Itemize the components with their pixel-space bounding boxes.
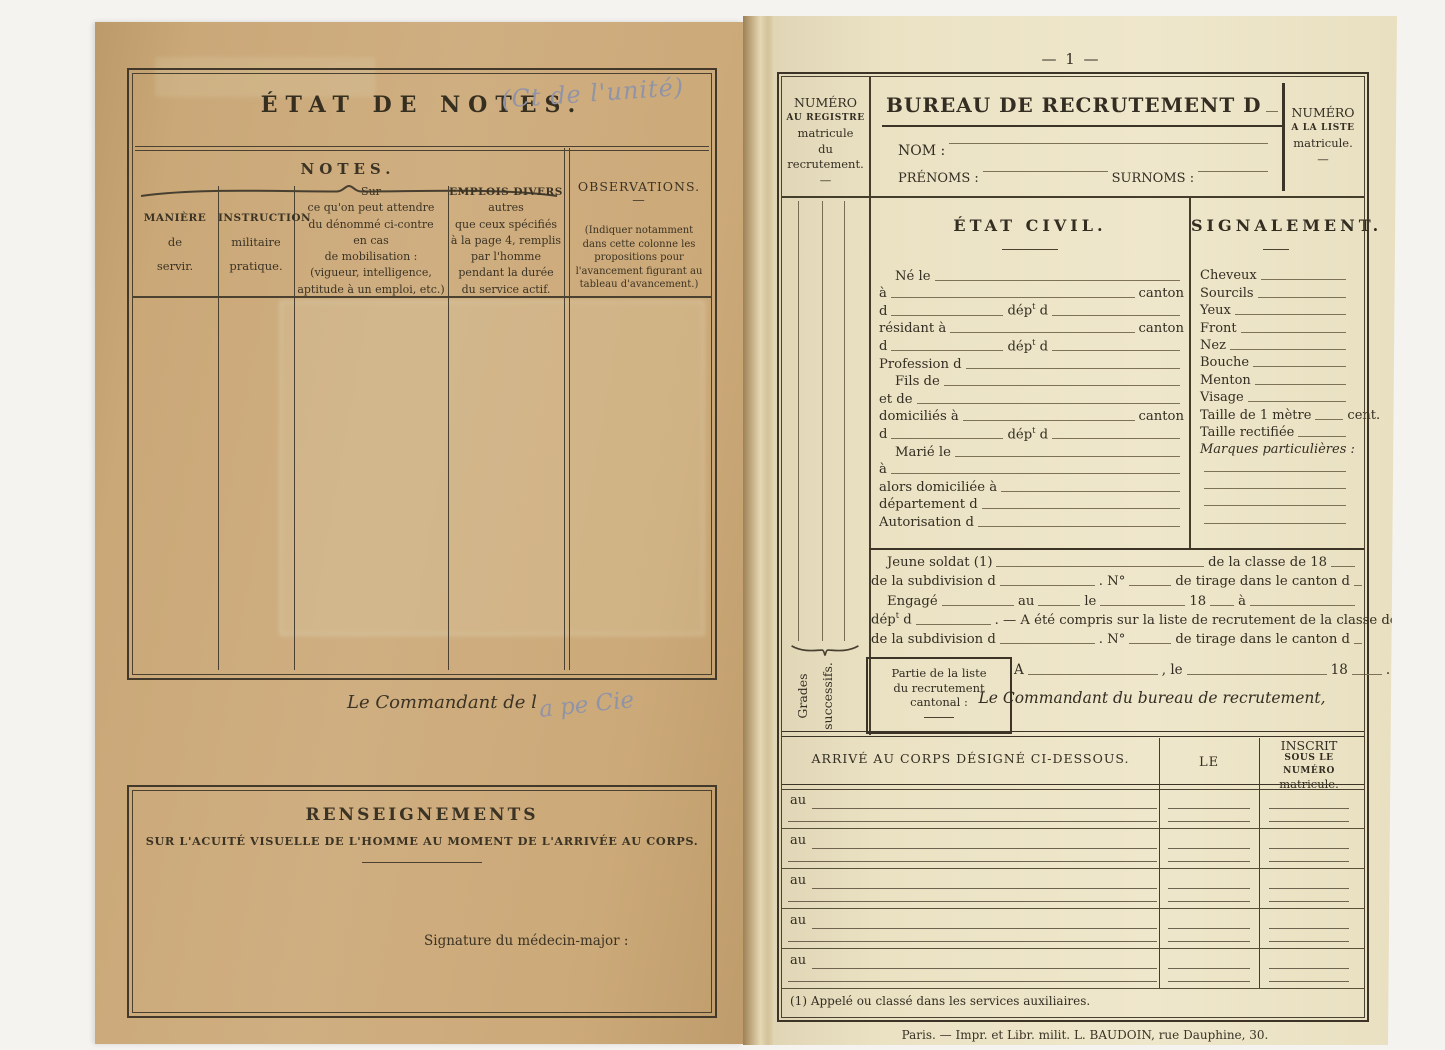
short-rule xyxy=(1002,249,1058,250)
nom-row: NOM : xyxy=(898,143,1272,159)
binding-fold xyxy=(743,16,773,1045)
dot: . xyxy=(1386,662,1390,678)
etat-civil-title: ÉTAT CIVIL. xyxy=(871,216,1189,235)
blank-line xyxy=(812,968,1157,969)
renseignements-title: RENSEIGNEMENTS xyxy=(129,805,715,825)
blank-line xyxy=(942,605,1014,606)
jeune-soldat-label: Jeune soldat (1) xyxy=(871,555,992,570)
signalement-title: SIGNALEMENT. xyxy=(1191,216,1359,235)
field-label: à xyxy=(879,286,887,301)
field-label: Front xyxy=(1200,321,1237,336)
blank-line xyxy=(1028,674,1158,675)
blank-line xyxy=(812,808,1157,809)
blank-line xyxy=(1204,471,1346,472)
blank-line xyxy=(1168,981,1250,982)
printer-imprint: Paris. — Impr. et Libr. milit. L. BAUDOI… xyxy=(773,1028,1397,1042)
dept-label: dépt d xyxy=(1007,337,1048,354)
scanned-booklet: ÉTAT DE NOTES. (Ct de l'unité) NOTES. MA… xyxy=(0,0,1445,1050)
blank-line xyxy=(1258,297,1346,298)
column-header-instruction: INSTRUCTION militaire pratique. xyxy=(218,206,294,278)
column-divider-double xyxy=(564,148,570,670)
blank-line xyxy=(1168,941,1250,942)
renseignements-subtitle: SUR L'ACUITÉ VISUELLE DE L'HOMME AU MOME… xyxy=(129,834,715,848)
short-rule xyxy=(924,717,954,718)
blank-line xyxy=(812,848,1157,849)
margin-brace xyxy=(786,644,864,657)
right-page: — 1 — NUMÉRO AU REGISTRE matricule du re… xyxy=(773,16,1399,1045)
footnote: (1) Appelé ou classé dans les services a… xyxy=(790,994,1090,1008)
field-label: Cheveux xyxy=(1200,268,1257,283)
arrivee-row: au xyxy=(782,869,1364,909)
field-label: résidant à xyxy=(879,321,946,336)
blank-line xyxy=(1168,861,1250,862)
successifs-vertical-label: successifs. xyxy=(821,659,835,733)
blank-line xyxy=(1168,968,1250,969)
date-annee-label: 18 xyxy=(1331,662,1348,678)
arrivee-row: au xyxy=(782,909,1364,949)
blank-line xyxy=(949,143,1268,144)
field-label: département d xyxy=(879,497,978,512)
blank-line xyxy=(955,456,1180,457)
blank-line xyxy=(788,821,1157,822)
le-header: LE xyxy=(1159,755,1259,770)
canton-label: canton xyxy=(1139,286,1184,301)
date-a-label: A xyxy=(1014,662,1024,678)
column-header-emplois: EMPLOIS DIVERS autres que ceux spécifiés… xyxy=(448,184,564,298)
blank-line xyxy=(935,280,1180,281)
field-label: Yeux xyxy=(1200,303,1231,318)
blank-line xyxy=(1129,585,1171,586)
blank-line xyxy=(1168,888,1250,889)
etat-civil-bottom-rule xyxy=(869,548,1364,550)
blank-line xyxy=(1423,624,1445,625)
field-label: et de xyxy=(879,392,913,407)
taille-label: Taille de 1 mètre xyxy=(1200,408,1311,423)
engage-label: Engagé xyxy=(871,594,938,609)
blank-line xyxy=(1352,674,1382,675)
blank-line xyxy=(1269,821,1349,822)
blank-line xyxy=(1168,848,1250,849)
blank-line xyxy=(891,438,1003,439)
au-label: au xyxy=(1018,594,1034,609)
field-label: Sourcils xyxy=(1200,286,1254,301)
blank-line xyxy=(1168,808,1250,809)
margin-rule xyxy=(798,201,799,641)
blank-line xyxy=(788,901,1157,902)
arrivee-row: au xyxy=(782,829,1364,869)
canton-label: canton xyxy=(1139,409,1184,424)
arrivee-row: au xyxy=(782,949,1364,989)
le-label: le xyxy=(1084,594,1096,609)
blank-line xyxy=(1269,928,1349,929)
blank-line xyxy=(917,403,1180,404)
tirage-label: de tirage dans le canton d xyxy=(1175,574,1350,589)
blank-line xyxy=(891,350,1003,351)
blank-line xyxy=(1269,901,1349,902)
blank-line xyxy=(891,315,1003,316)
blank-line xyxy=(1001,491,1180,492)
short-rule xyxy=(1263,249,1289,250)
thick-rule xyxy=(882,125,1284,127)
arrivee-row: au xyxy=(782,789,1364,829)
blank-line xyxy=(1000,585,1095,586)
blank-line xyxy=(1354,643,1362,644)
blank-line xyxy=(1241,332,1346,333)
marques-label: Marques particulières : xyxy=(1200,442,1355,457)
numero-liste-box: NUMÉRO A LA LISTE matricule. — xyxy=(1285,77,1361,196)
field-label: d xyxy=(879,427,887,442)
blank-line xyxy=(1269,968,1349,969)
renseignements-box: RENSEIGNEMENTS SUR L'ACUITÉ VISUELLE DE … xyxy=(127,785,717,1018)
blank-line xyxy=(1000,643,1095,644)
blank-line xyxy=(1168,821,1250,822)
recruitment-frame: NUMÉRO AU REGISTRE matricule du recrutem… xyxy=(777,72,1369,1022)
margin-rule xyxy=(822,201,823,641)
field-label: Nez xyxy=(1200,338,1226,353)
numero-label: . N° xyxy=(1099,574,1126,589)
row-separator xyxy=(782,988,1364,989)
blank-line xyxy=(1187,674,1327,675)
annee-label: 18 xyxy=(1189,594,1206,609)
blank-line xyxy=(1204,523,1346,524)
commandant-printed: Le Commandant de l xyxy=(347,692,537,713)
blank-line xyxy=(1210,605,1234,606)
blank-line xyxy=(1269,981,1349,982)
commandant-handwritten: a pe Cie xyxy=(538,687,635,723)
blank-line xyxy=(1100,605,1185,606)
etat-de-notes-box: ÉTAT DE NOTES. (Ct de l'unité) NOTES. MA… xyxy=(127,68,717,680)
field-label: Fils de xyxy=(895,374,940,389)
blank-line xyxy=(1052,350,1180,351)
blank-line xyxy=(950,332,1134,333)
prenoms-row: PRÉNOMS : SURNOMS : xyxy=(898,171,1272,186)
field-label: Marié le xyxy=(895,445,951,460)
section-separator xyxy=(782,731,1364,737)
signalement-section: SIGNALEMENT. Cheveux Sourcils Yeux Front… xyxy=(1191,196,1359,548)
blank-line xyxy=(1354,585,1362,586)
column-header-observations: OBSERVATIONS. — xyxy=(570,180,708,206)
blank-line xyxy=(916,624,991,625)
field-label: Né le xyxy=(895,269,931,284)
etat-civil-fields: Né le àcanton ddépt d résidant àcanton d… xyxy=(879,266,1184,530)
signalement-fields: Cheveux Sourcils Yeux Front Nez Bouche M… xyxy=(1200,266,1350,527)
classe-label: de la classe de 18 xyxy=(1208,555,1327,570)
blank-line xyxy=(1269,941,1349,942)
left-page: ÉTAT DE NOTES. (Ct de l'unité) NOTES. MA… xyxy=(95,22,743,1044)
blank-line xyxy=(1269,861,1349,862)
blank-line xyxy=(1261,279,1346,280)
blank-line xyxy=(1315,419,1343,420)
blank-line xyxy=(1255,384,1346,385)
tirage-label: de tirage dans le canton d xyxy=(1175,632,1350,647)
blank-line xyxy=(1230,349,1346,350)
blank-line xyxy=(1266,111,1278,112)
field-label: d xyxy=(879,304,887,319)
bureau-title: BUREAU DE RECRUTEMENT D xyxy=(886,93,1262,117)
blank-line xyxy=(1269,888,1349,889)
blank-line xyxy=(788,941,1157,942)
recrutement-section: Jeune soldat (1)de la classe de 18 de la… xyxy=(871,551,1359,647)
a-label: à xyxy=(1238,594,1246,609)
blank-line xyxy=(1129,643,1171,644)
blank-line xyxy=(1052,438,1180,439)
surnoms-label: SURNOMS : xyxy=(1112,171,1194,186)
blank-line xyxy=(1038,605,1080,606)
blank-line xyxy=(1168,901,1250,902)
numero-registre-box: NUMÉRO AU REGISTRE matricule du recrutem… xyxy=(782,77,869,196)
blank-line xyxy=(963,420,1135,421)
dept-label: dépt d xyxy=(1007,301,1048,318)
arrivee-corps-header: ARRIVÉ AU CORPS DÉSIGNÉ CI-DESSOUS. xyxy=(782,751,1159,766)
blank-line xyxy=(1052,315,1180,316)
blank-line xyxy=(812,888,1157,889)
notes-table-grid: MANIÈRE de servir. INSTRUCTION militaire… xyxy=(132,148,712,670)
blank-line xyxy=(1298,436,1346,437)
blank-line xyxy=(1331,566,1355,567)
field-label: Menton xyxy=(1200,373,1251,388)
blank-line xyxy=(891,297,1135,298)
commandant-signature-line: Le Commandant de la pe Cie xyxy=(347,688,632,714)
blank-line xyxy=(966,368,1180,369)
blank-line xyxy=(1168,928,1250,929)
blank-line xyxy=(788,861,1157,862)
field-label: Profession d xyxy=(879,357,962,372)
blank-line xyxy=(1269,848,1349,849)
cent-label: cent. xyxy=(1347,408,1380,423)
margin-rule xyxy=(844,201,845,641)
page-number: — 1 — xyxy=(777,50,1365,68)
field-label: domiciliés à xyxy=(879,409,959,424)
nom-label: NOM : xyxy=(898,143,945,159)
column-header-maniere: MANIÈRE de servir. xyxy=(132,206,218,278)
grades-vertical-label: Grades xyxy=(796,659,810,733)
subdivision-label: de la subdivision d xyxy=(871,574,996,589)
blank-line xyxy=(1204,505,1346,506)
dept-label: dépt d xyxy=(871,610,912,627)
blank-line xyxy=(1253,366,1346,367)
short-rule xyxy=(362,862,482,863)
blank-line xyxy=(812,928,1157,929)
date-le-label: , le xyxy=(1162,662,1183,678)
blank-line xyxy=(1250,605,1355,606)
blank-line xyxy=(996,566,1204,567)
blank-line xyxy=(1269,808,1349,809)
date-line: A, le18. xyxy=(1014,662,1360,678)
blank-line xyxy=(1235,314,1346,315)
field-label: Visage xyxy=(1200,390,1244,405)
blank-line xyxy=(944,385,1180,386)
blank-line xyxy=(1204,488,1346,489)
canton-label: canton xyxy=(1139,321,1184,336)
blank-line xyxy=(891,473,1180,474)
field-label: alors domiciliée à xyxy=(879,480,997,495)
blank-line xyxy=(983,171,1108,172)
blank-line xyxy=(982,508,1180,509)
taille-rectifiee-label: Taille rectifiée xyxy=(1200,425,1294,440)
blank-line xyxy=(1248,401,1346,402)
observations-note: (Indiquer notamment dans cette colonne l… xyxy=(575,224,703,292)
etat-civil-section: ÉTAT CIVIL. Né le àcanton ddépt d résida… xyxy=(871,196,1189,548)
field-label: d xyxy=(879,339,887,354)
numero-label: . N° xyxy=(1099,632,1126,647)
field-label: Bouche xyxy=(1200,355,1249,370)
blank-line xyxy=(978,526,1180,527)
compris-label: . — A été compris sur la liste de recrut… xyxy=(995,613,1419,628)
commandant-bureau-line: Le Commandant du bureau de recrutement, xyxy=(942,689,1362,707)
bureau-title-row: BUREAU DE RECRUTEMENT D xyxy=(886,93,1282,117)
medecin-signature-label: Signature du médecin-major : xyxy=(424,933,628,949)
subdivision-label: de la subdivision d xyxy=(871,632,996,647)
field-label: à xyxy=(879,462,887,477)
prenoms-label: PRÉNOMS : xyxy=(898,171,979,186)
frame-content: NUMÉRO AU REGISTRE matricule du recrutem… xyxy=(782,77,1364,1017)
blank-line xyxy=(788,981,1157,982)
field-label: Autorisation d xyxy=(879,515,974,530)
column-header-attendre: Sur ce qu'on peut attendre du dénommé ci… xyxy=(294,184,448,298)
blank-line xyxy=(1198,171,1268,172)
dept-label: dépt d xyxy=(1007,425,1048,442)
